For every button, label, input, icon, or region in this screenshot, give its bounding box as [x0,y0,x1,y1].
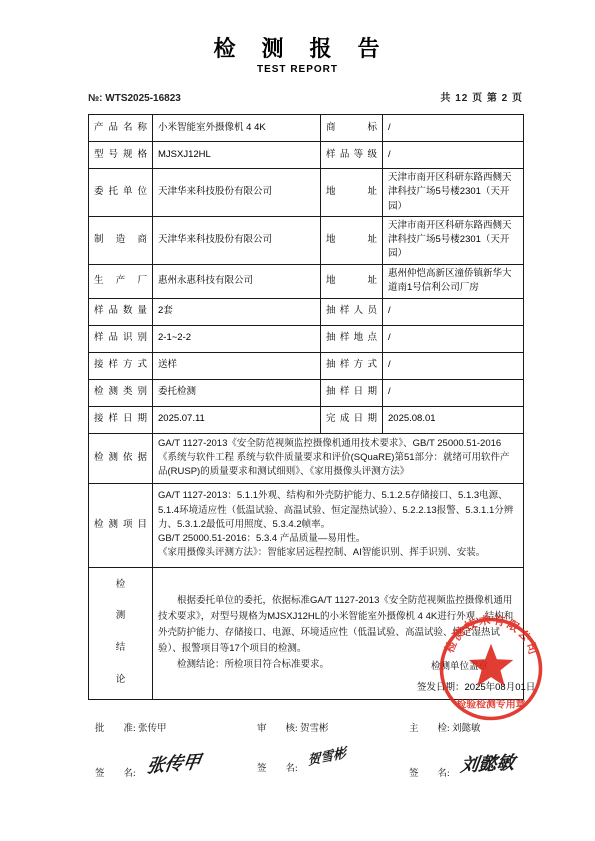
signature-block: 签 名: 张传甲 [95,756,257,808]
value-cell: 2025.08.01 [383,406,524,433]
signature-label: 签 名: [409,769,450,779]
label-cell: 抽样地点 [321,325,383,352]
value-cell: 送样 [153,352,321,379]
table-row: 委托单位 天津华来科技股份有限公司 地址 天津市南开区科研东路西侧天津科技广场5… [89,169,524,217]
label-cell: 抽样方式 [321,352,383,379]
label-cell: 制造商 [89,216,153,264]
label-cell: 样品等级 [321,142,383,169]
label-cell: 地址 [321,169,383,217]
chief-inspector-name: 刘懿敏 [452,723,481,734]
footer: 批 准: 张传甲 审 核: 贺雪彬 主 检: 刘懿敏 签 名: 张传甲 签 名:… [88,720,523,808]
value-cell: 2-1~2-2 [153,325,321,352]
signature-row: 签 名: 张传甲 签 名: 贺雪彬 签 名: 刘懿敏 [88,756,523,808]
report-number-label: №: [88,93,102,104]
label-cell: 样品识别 [89,325,153,352]
report-page: 检 测 报 告 TEST REPORT №: WTS2025-16823 共 1… [0,0,595,841]
table-row: 型号规格 MJSXJ12HL 样品等级 / [89,142,524,169]
stamp-caption: 检测单位盖章 [431,660,488,674]
table-row: 接样方式 送样 抽样方式 / [89,352,524,379]
label-cell: 检测依据 [89,433,153,483]
value-cell: 2套 [153,298,321,325]
reviewer-name: 贺雪彬 [300,723,329,734]
label-cell: 抽样日期 [321,379,383,406]
signature-handwriting: 刘懿敏 [459,748,516,777]
value-cell: / [383,142,524,169]
value-cell: 惠州永惠科技有限公司 [153,264,321,298]
report-number-value: WTS2025-16823 [105,93,181,104]
conclusion-row: 检测结论 根据委托单位的委托，依据标准GA/T 1127-2013《安全防范视频… [89,567,524,699]
signature-handwriting: 贺雪彬 [307,742,347,769]
value-cell: 委托检测 [153,379,321,406]
value-cell: 天津华来科技股份有限公司 [153,216,321,264]
value-cell: / [383,352,524,379]
basis-text: GA/T 1127-2013《安全防范视频监控摄像机通用技术要求》、GB/T 2… [153,433,524,483]
items-line: 《家用摄像头评测方法》：智能家居远程控制、AI智能识别、挥手识别、安装。 [158,546,518,560]
conclusion-cell: 根据委托单位的委托，依据标准GA/T 1127-2013《安全防范视频监控摄像机… [153,567,524,699]
table-row: 样品识别 2-1~2-2 抽样地点 / [89,325,524,352]
items-text: GA/T 1127-2013：5.1.1外观、结构和外壳防护能力、5.1.2.5… [153,483,524,567]
info-table: 产品名称 小米智能室外摄像机 4 4K 商标 / 型号规格 MJSXJ12HL … [88,114,524,700]
label-cell: 抽样人员 [321,298,383,325]
meta-row: №: WTS2025-16823 共 12 页 第 2 页 [88,89,523,104]
value-cell: / [383,298,524,325]
items-line: GA/T 1127-2013：5.1.1外观、结构和外壳防护能力、5.1.2.5… [158,489,518,532]
label-cell: 生产厂 [89,264,153,298]
label-cell: 检测项目 [89,483,153,567]
approver-row: 批 准: 张传甲 审 核: 贺雪彬 主 检: 刘懿敏 [88,720,523,734]
label-cell: 接样方式 [89,352,153,379]
value-cell: 惠州仲恺高新区潼侨镇新华大道南1号信利公司厂房 [383,264,524,298]
value-cell: / [383,325,524,352]
approver-label: 批 准: [95,724,136,734]
label-cell: 接样日期 [89,406,153,433]
report-number: №: WTS2025-16823 [88,93,181,104]
label-cell: 检测结论 [89,567,153,699]
value-cell: / [383,115,524,142]
label-cell: 委托单位 [89,169,153,217]
items-line: GB/T 25000.51-2016：5.3.4 产品质量—易用性。 [158,532,518,546]
seal-bottom-text: 检验检测专用章 [456,697,525,710]
conclusion-paragraph: 根据委托单位的委托，依据标准GA/T 1127-2013《安全防范视频监控摄像机… [158,593,518,658]
value-cell: 天津华来科技股份有限公司 [153,169,321,217]
value-cell: 天津市南开区科研东路西侧天津科技广场5号楼2301（天开园） [383,169,524,217]
page-title: 检 测 报 告 [0,0,595,63]
chief-inspector-label: 主 检: [409,724,450,734]
value-cell: 小米智能室外摄像机 4 4K [153,115,321,142]
conclusion-label: 检测结论 [116,570,126,697]
table-row: 生产厂 惠州永惠科技有限公司 地址 惠州仲恺高新区潼侨镇新华大道南1号信利公司厂… [89,264,524,298]
table-row: 样品数量 2套 抽样人员 / [89,298,524,325]
table-row: 产品名称 小米智能室外摄像机 4 4K 商标 / [89,115,524,142]
chief-inspector: 主 检: 刘懿敏 [409,720,523,734]
label-cell: 地址 [321,216,383,264]
label-cell: 完成日期 [321,406,383,433]
table-row: 检测类别 委托检测 抽样日期 / [89,379,524,406]
issue-date: 签发日期：2025年08月01日 [417,681,595,695]
signature-block: 签 名: 刘懿敏 [409,756,523,808]
reviewer: 审 核: 贺雪彬 [257,720,409,734]
reviewer-label: 审 核: [257,724,298,734]
table-row: 制造商 天津华来科技股份有限公司 地址 天津市南开区科研东路西侧天津科技广场5号… [89,216,524,264]
signature-block: 签 名: 贺雪彬 [257,756,409,808]
label-cell: 商标 [321,115,383,142]
value-cell: 天津市南开区科研东路西侧天津科技广场5号楼2301（天开园） [383,216,524,264]
table-row: 接样日期 2025.07.11 完成日期 2025.08.01 [89,406,524,433]
value-cell: 2025.07.11 [153,406,321,433]
value-cell: / [383,379,524,406]
signature-handwriting: 张传甲 [145,747,203,778]
signature-label: 签 名: [257,764,298,774]
value-cell: MJSXJ12HL [153,142,321,169]
basis-row: 检测依据 GA/T 1127-2013《安全防范视频监控摄像机通用技术要求》、G… [89,433,524,483]
approver-name: 张传甲 [138,723,167,734]
label-cell: 样品数量 [89,298,153,325]
items-row: 检测项目 GA/T 1127-2013：5.1.1外观、结构和外壳防护能力、5.… [89,483,524,567]
report-subtitle: TEST REPORT [0,64,595,75]
page-count: 共 12 页 第 2 页 [440,89,523,104]
label-cell: 型号规格 [89,142,153,169]
signature-label: 签 名: [95,769,136,779]
label-cell: 产品名称 [89,115,153,142]
approver: 批 准: 张传甲 [95,720,257,734]
label-cell: 检测类别 [89,379,153,406]
label-cell: 地址 [321,264,383,298]
